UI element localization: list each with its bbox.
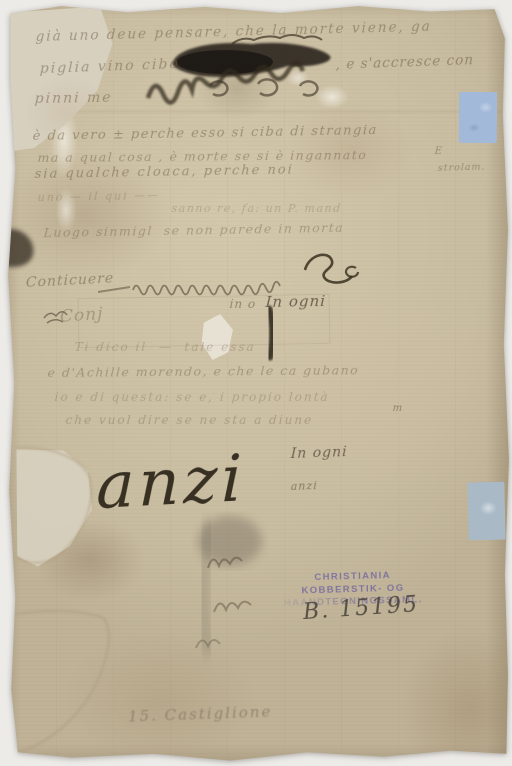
handwriting-line: In ogni: [265, 293, 326, 311]
handwriting-line: Luogo sinmigl se non parede in morta: [43, 221, 344, 240]
handwriting-line: strolam.: [438, 162, 486, 174]
handwriting-line: ma a qual cosa , è morte se si è inganna…: [37, 148, 368, 165]
handwriting-line: che vuol dire se ne sta a diune: [65, 414, 314, 427]
handwriting-layer: già uno deue pensare, che la morte viene…: [0, 0, 512, 766]
handwriting-line: piglia vino cibo: [39, 57, 180, 77]
handwriting-line: in o: [229, 298, 257, 311]
handwriting-line: Conticuere: [26, 271, 115, 291]
handwriting-line: anzi: [96, 444, 247, 522]
handwriting-line: sia qualche cloaca, perche noi: [34, 163, 294, 182]
handwriting-line: anzi: [291, 480, 318, 493]
handwriting-line: e d'Achille morendo, e che le ca gubano: [47, 363, 360, 379]
mounting-tab-top: [459, 92, 497, 143]
handwriting-line: , e s'accresce con: [335, 53, 474, 73]
handwriting-line: E: [434, 146, 442, 157]
handwriting-line: uno — il qui ——: [37, 190, 160, 204]
handwriting-line: io e di questa: se e, i propio lontà: [54, 391, 330, 404]
handwriting-line: In ogni: [290, 445, 347, 462]
paper-wrap: già uno deue pensare, che la morte viene…: [0, 0, 512, 766]
handwriting-line: è da vero ± perche esso si ciba di stran…: [32, 124, 378, 144]
handwriting-line: già uno deue pensare, che la morte viene…: [35, 20, 432, 45]
scan-background: già uno deue pensare, che la morte viene…: [0, 0, 512, 766]
handwriting-line: sanno re, fa: un P. mand: [171, 203, 342, 215]
mounting-tab-middle: [467, 482, 505, 541]
handwriting-line: pinni me: [34, 91, 113, 108]
handwriting-line: Conj: [60, 305, 103, 327]
handwriting-line: Ti dico il — tale essa: [74, 341, 256, 354]
manuscript-page: già uno deue pensare, che la morte viene…: [0, 0, 512, 766]
handwriting-line: m: [392, 403, 402, 414]
